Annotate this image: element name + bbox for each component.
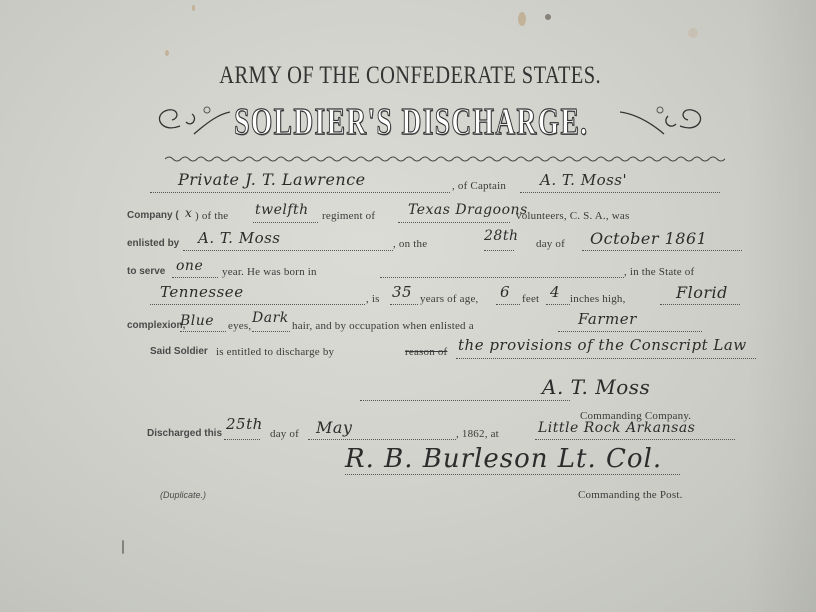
- stain: [545, 14, 551, 20]
- regiment-number-field: twelfth: [255, 202, 309, 218]
- enlisted-by-label: enlisted by: [127, 238, 179, 249]
- feet-field: 6: [500, 283, 510, 301]
- company-letter-field: x: [185, 206, 192, 220]
- struck-word: reason of: [405, 346, 447, 358]
- complexion-field: Florid: [676, 283, 728, 302]
- on-the-label: , on the: [393, 238, 427, 250]
- discharge-day-field: 25th: [226, 415, 263, 433]
- hair-label: hair, and by occupation when enlisted a: [292, 320, 474, 332]
- discharge-year-label: , 1862, at: [456, 428, 499, 440]
- hair-field: Dark: [252, 310, 289, 326]
- enlist-day-field: 28th: [484, 228, 518, 244]
- discharge-place-field: Little Rock Arkansas: [538, 420, 695, 436]
- age-field: 35: [392, 283, 412, 301]
- inches-label: inches high,: [570, 293, 626, 305]
- feet-label: feet: [522, 293, 539, 305]
- complexion-label: complexion,: [127, 320, 185, 331]
- document-subtitle: SOLDIER'S DISCHARGE.: [118, 100, 706, 144]
- eyes-field: Blue: [180, 313, 214, 329]
- commanding-post-label: Commanding the Post.: [578, 489, 683, 501]
- occupation-field: Farmer: [578, 310, 637, 328]
- eyes-label: eyes,: [228, 320, 251, 332]
- soldier-name-field: Private J. T. Lawrence: [178, 170, 366, 189]
- stain: [165, 50, 169, 56]
- stain: [192, 5, 195, 11]
- said-soldier-label: Said Soldier: [150, 346, 208, 357]
- to-serve-label: to serve: [127, 266, 165, 277]
- discharge-document: ARMY OF THE CONFEDERATE STATES. SOLDIER'…: [0, 0, 816, 612]
- duplicate-label: (Duplicate.): [160, 490, 206, 500]
- of-captain-label: , of Captain: [452, 180, 506, 192]
- discharge-day-of-label: day of: [270, 428, 299, 440]
- inches-field: 4: [550, 283, 560, 301]
- year-born-label: year. He was born in: [222, 266, 317, 278]
- captain-name-field: A. T. Moss': [540, 171, 627, 189]
- stain: [122, 540, 124, 554]
- is-label: , is: [366, 293, 380, 305]
- discharge-reason-field: the provisions of the Conscript Law: [458, 336, 747, 354]
- stain: [518, 12, 526, 26]
- state-field: Tennessee: [160, 283, 244, 301]
- company-commander-signature: A. T. Moss: [542, 375, 650, 399]
- company-label: Company (: [127, 210, 179, 221]
- entitled-label: is entitled to discharge by: [216, 346, 334, 358]
- wavy-divider: [165, 155, 725, 163]
- discharged-label: Discharged this: [147, 428, 222, 439]
- right-flourish-icon: [620, 104, 710, 144]
- page-shadow: [746, 0, 816, 612]
- document-title: ARMY OF THE CONFEDERATE STATES.: [76, 62, 745, 90]
- enlisted-by-field: A. T. Moss: [198, 229, 281, 247]
- discharge-month-field: May: [316, 418, 352, 437]
- company-close-label: ) of the: [195, 210, 228, 222]
- stain: [688, 28, 698, 38]
- volunteers-label: volunteers, C. S. A., was: [516, 210, 629, 222]
- post-commander-signature: R. B. Burleson Lt. Col.: [345, 444, 662, 474]
- regiment-name-field: Texas Dragoons: [408, 202, 528, 218]
- day-of-label: day of: [536, 238, 565, 250]
- years-label: years of age,: [420, 293, 479, 305]
- state-of-label: , in the State of: [624, 266, 694, 278]
- serve-term-field: one: [176, 258, 203, 274]
- enlist-month-year-field: October 1861: [590, 229, 707, 248]
- regiment-label: regiment of: [322, 210, 375, 222]
